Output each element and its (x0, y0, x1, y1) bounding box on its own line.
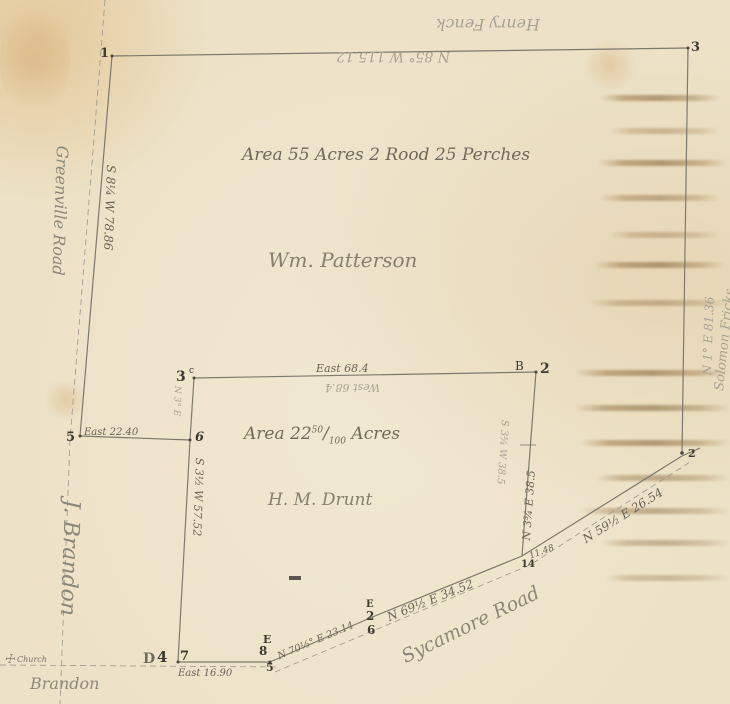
drunt-owner: H. M. Drunt (268, 490, 372, 510)
corner-8: 8 (259, 645, 267, 657)
boundary-inner-left (178, 440, 190, 662)
ink-mark (289, 576, 301, 580)
bearing-5-6: East 22.40 (84, 427, 138, 438)
corner-6: 6 (195, 431, 204, 444)
corner-7: 7 (180, 650, 189, 663)
corner-3: 3 (691, 41, 700, 54)
survey-lines (0, 0, 730, 704)
corner-5-left: 5 (66, 431, 75, 444)
corner-2-right: 2 (688, 448, 696, 459)
bearing-3-6: N 3° E (171, 386, 182, 417)
corner-6-mid: 6 (367, 624, 375, 636)
survey-plat: 1 3 2 3 c B 2 5 6 D 4 7 E 8 5 E 2 6 1 4 … (0, 0, 730, 704)
corner-1-lower: 1 (521, 560, 528, 570)
church-label: Church (17, 655, 47, 664)
bearing-bottom: East 16.90 (178, 668, 232, 679)
bearing-inner-top-reverse: West 68.4 (325, 381, 380, 394)
j-brandon-label: J. Brandon (55, 499, 84, 616)
neighbor-top: Henry Fenck (436, 15, 540, 34)
bearing-inner-top: East 68.4 (316, 362, 369, 375)
corner-1: 1 (100, 47, 109, 60)
corner-2-mid: 2 (366, 610, 374, 622)
corner-4: 4 (157, 650, 167, 665)
patterson-area: Area 55 Acres 2 Rood 25 Perches (242, 145, 530, 165)
corner-4-lower: 4 (528, 560, 535, 570)
bearing-left: S 8¼ W 78.86 (101, 165, 118, 251)
corner-2-inner: 2 (540, 362, 550, 376)
corner-B: B (515, 360, 524, 372)
patterson-owner: Wm. Patterson (268, 248, 417, 272)
corner-3-inner: 3 (176, 370, 186, 384)
corner-D: D (143, 652, 155, 666)
church-icon: ☩ (4, 652, 15, 666)
corner-5-bottom: 5 (266, 662, 274, 673)
boundary-right (682, 48, 688, 452)
boundary-inner-3-6 (190, 378, 194, 440)
drunt-area: Area 2250/100 Acres (244, 424, 400, 446)
corner-3-sup: c (189, 367, 194, 376)
brandon-label: Brandon (30, 674, 99, 693)
bearing-top: N 85° W 115.12 (336, 48, 450, 64)
bearing-inner-left: S 3½ W 57.52 (190, 458, 206, 537)
